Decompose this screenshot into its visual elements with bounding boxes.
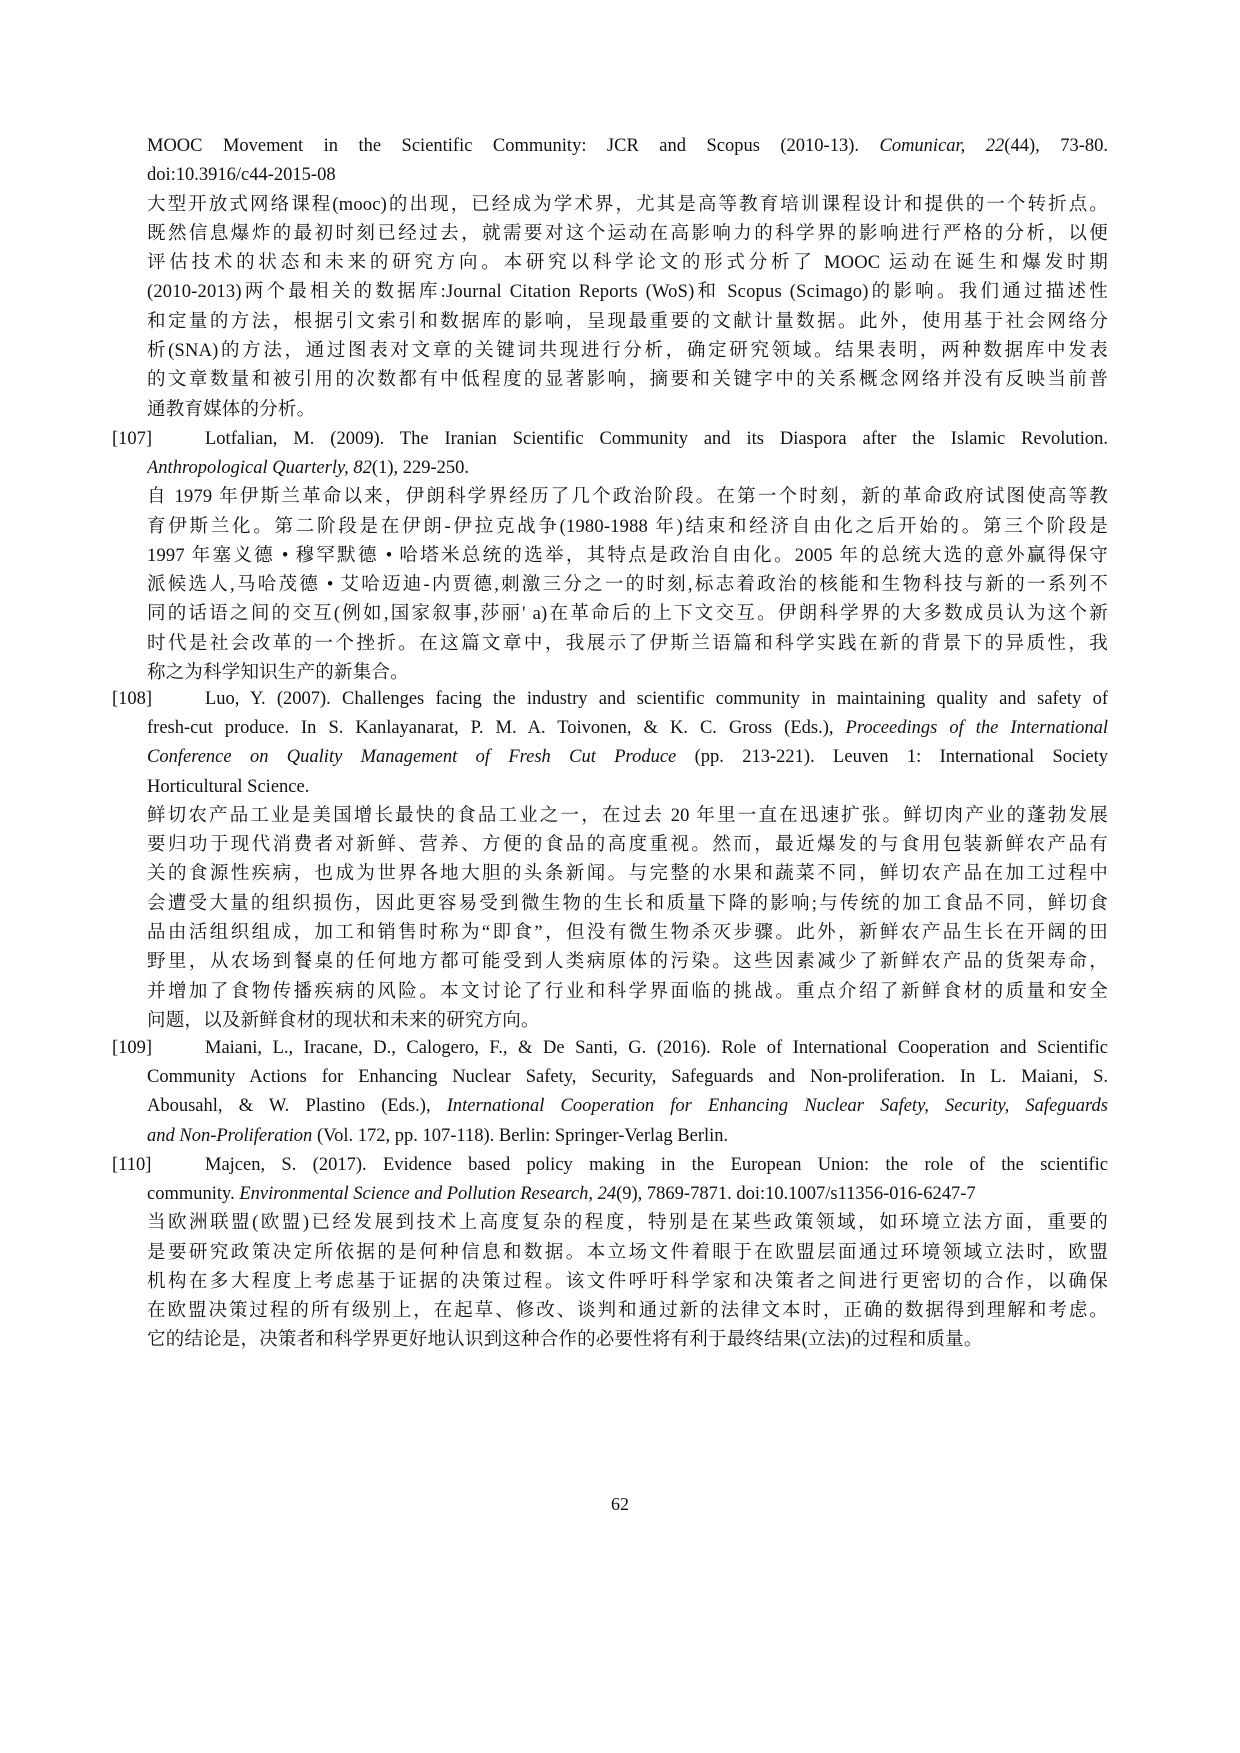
reference-first-line: Majcen, S. (2017). Evidence based policy…: [205, 1151, 1108, 1180]
abstract-line: 会遭受大量的组织损伤，因此更容易受到微生物的生长和质量下降的影响;与传统的加工食…: [147, 890, 1108, 919]
reference-first-line: Lotfalian, M. (2009). The Iranian Scient…: [205, 425, 1108, 454]
reference-number: [108]: [112, 685, 152, 714]
citation-line: Conference on Quality Management of Fres…: [147, 743, 1108, 772]
page-number: 62: [0, 1493, 1240, 1515]
abstract-line: 1997 年塞义德 • 穆罕默德 • 哈塔米总统的选举，其特点是政治自由化。20…: [147, 542, 1108, 571]
citation-line: Anthropological Quarterly, 82(1), 229-25…: [147, 454, 1108, 483]
citation-text: (pp. 213-221). Leuven 1: International S…: [676, 747, 1108, 767]
citation-line: Community Actions for Enhancing Nuclear …: [147, 1063, 1108, 1092]
citation-line: fresh-cut produce. In S. Kanlayanarat, P…: [147, 714, 1108, 743]
reference-108: fresh-cut produce. In S. Kanlayanarat, P…: [147, 714, 1108, 1036]
abstract-line: 关的食源性疾病，也成为世界各地大胆的头条新闻。与完整的水果和蔬菜不同，鲜切农产品…: [147, 860, 1108, 889]
reference-first-line: Maiani, L., Iracane, D., Calogero, F., &…: [205, 1034, 1108, 1063]
citation-text: Luo, Y. (2007). Challenges facing the in…: [205, 689, 1108, 709]
reference-number: [107]: [112, 425, 152, 454]
citation-text: Horticultural Science.: [147, 777, 309, 797]
abstract-line: 派候选人,马哈茂德 • 艾哈迈迪-内贾德,刺激三分之一的时刻,标志着政治的核能和…: [147, 571, 1108, 600]
citation-line: community. Environmental Science and Pol…: [147, 1180, 1108, 1209]
abstract-line: 机构在多大程度上考虑基于证据的决策过程。该文件呼吁科学家和决策者之间进行更密切的…: [147, 1268, 1108, 1297]
citation-text: MOOC Movement in the Scientific Communit…: [147, 136, 879, 156]
citation-text: Lotfalian, M. (2009). The Iranian Scient…: [205, 429, 1108, 449]
reference-110: community. Environmental Science and Pol…: [147, 1180, 1108, 1356]
document-page: MOOC Movement in the Scientific Communit…: [0, 0, 1240, 1753]
abstract-line: 是要研究政策决定所依据的是何种信息和数据。本立场文件着眼于在欧盟层面通过环境领域…: [147, 1239, 1108, 1268]
citation-line: MOOC Movement in the Scientific Communit…: [147, 132, 1108, 161]
citation-text: community.: [147, 1184, 239, 1204]
abstract-line: 鲜切农产品工业是美国增长最快的食品工业之一，在过去 20 年里一直在迅速扩张。鲜…: [147, 802, 1108, 831]
citation-text: fresh-cut produce. In S. Kanlayanarat, P…: [147, 718, 846, 738]
citation-text: Abousahl, & W. Plastino (Eds.),: [147, 1096, 447, 1116]
abstract-line: 品由活组织组成，加工和销售时称为“即食”，但没有微生物杀灭步骤。此外，新鲜农产品…: [147, 919, 1108, 948]
abstract-line: 在欧盟决策过程的所有级别上，在起草、修改、谈判和通过新的法律文本时，正确的数据得…: [147, 1297, 1108, 1326]
doi-text: doi:10.3916/c44-2015-08: [147, 165, 336, 185]
abstract-line: 育伊斯兰化。第二阶段是在伊朗-伊拉克战争(1980-1988 年)结束和经济自由…: [147, 513, 1108, 542]
abstract-line: 当欧洲联盟(欧盟)已经发展到技术上高度复杂的程度，特别是在某些政策领域，如环境立…: [147, 1209, 1108, 1238]
abstract-line: 大型开放式网络课程(mooc)的出现，已经成为学术界，尤其是高等教育培训课程设计…: [147, 191, 1108, 220]
abstract-line: 它的结论是，决策者和科学界更好地认识到这种合作的必要性将有利于最终结果(立法)的…: [147, 1326, 1108, 1355]
book-title: and Non-Proliferation: [147, 1126, 312, 1146]
citation-line: Horticultural Science.: [147, 773, 1108, 802]
citation-text: (9), 7869-7871. doi:10.1007/s11356-016-6…: [616, 1184, 976, 1204]
abstract-line: 既然信息爆炸的最初时刻已经过去，就需要对这个运动在高影响力的科学界的影响进行严格…: [147, 220, 1108, 249]
abstract-line: (2010-2013)两个最相关的数据库:Journal Citation Re…: [147, 278, 1108, 307]
abstract-line: 的文章数量和被引用的次数都有中低程度的显著影响，摘要和关键字中的关系概念网络并没…: [147, 366, 1108, 395]
abstract-line: 同的话语之间的交互(例如,国家叙事,莎丽' a)在革命后的上下文交互。伊朗科学界…: [147, 600, 1108, 629]
citation-text: Community Actions for Enhancing Nuclear …: [147, 1067, 1108, 1087]
reference-number: [109]: [112, 1034, 152, 1063]
abstract-line: 时代是社会改革的一个挫折。在这篇文章中，我展示了伊斯兰语篇和科学实践在新的背景下…: [147, 630, 1108, 659]
abstract-line: 析(SNA)的方法，通过图表对文章的关键词共现进行分析，确定研究领域。结果表明，…: [147, 337, 1108, 366]
abstract-line: 并增加了食物传播疾病的风险。本文讨论了行业和科学界面临的挑战。重点介绍了新鲜食材…: [147, 978, 1108, 1007]
citation-text: Majcen, S. (2017). Evidence based policy…: [205, 1155, 1108, 1175]
book-title: Conference on Quality Management of Fres…: [147, 747, 676, 767]
journal-name: Anthropological Quarterly, 82: [147, 458, 372, 478]
abstract-line: 评估技术的状态和未来的研究方向。本研究以科学论文的形式分析了 MOOC 运动在诞…: [147, 249, 1108, 278]
abstract-line: 问题，以及新鲜食材的现状和未来的研究方向。: [147, 1007, 1108, 1036]
citation-text: (Vol. 172, pp. 107-118). Berlin: Springe…: [312, 1126, 728, 1146]
reference-109: Community Actions for Enhancing Nuclear …: [147, 1063, 1108, 1151]
reference-continuation: MOOC Movement in the Scientific Communit…: [147, 132, 1108, 425]
citation-line: Abousahl, & W. Plastino (Eds.), Internat…: [147, 1092, 1108, 1121]
journal-name: Comunicar, 22: [879, 136, 1004, 156]
citation-text: (1), 229-250.: [372, 458, 469, 478]
abstract-line: 要归功于现代消费者对新鲜、营养、方便的食品的高度重视。然而，最近爆发的与食用包装…: [147, 831, 1108, 860]
journal-name: Environmental Science and Pollution Rese…: [239, 1184, 616, 1204]
book-title: International Cooperation for Enhancing …: [447, 1096, 1108, 1116]
abstract-line: 和定量的方法，根据引文索引和数据库的影响，呈现最重要的文献计量数据。此外，使用基…: [147, 308, 1108, 337]
citation-text: (44), 73-80.: [1004, 136, 1108, 156]
abstract-line: 野里，从农场到餐桌的任何地方都可能受到人类病原体的污染。这些因素减少了新鲜农产品…: [147, 948, 1108, 977]
abstract-line: 自 1979 年伊斯兰革命以来，伊朗科学界经历了几个政治阶段。在第一个时刻，新的…: [147, 483, 1108, 512]
reference-number: [110]: [112, 1151, 151, 1180]
reference-107: Anthropological Quarterly, 82(1), 229-25…: [147, 454, 1108, 688]
abstract-line: 通教育媒体的分析。: [147, 396, 1108, 425]
citation-line: and Non-Proliferation (Vol. 172, pp. 107…: [147, 1122, 1108, 1151]
abstract-line: 称之为科学知识生产的新集合。: [147, 659, 1108, 688]
reference-first-line: Luo, Y. (2007). Challenges facing the in…: [205, 685, 1108, 714]
citation-text: Maiani, L., Iracane, D., Calogero, F., &…: [205, 1038, 1108, 1058]
citation-line: doi:10.3916/c44-2015-08: [147, 161, 1108, 190]
book-title: Proceedings of the International: [846, 718, 1108, 738]
